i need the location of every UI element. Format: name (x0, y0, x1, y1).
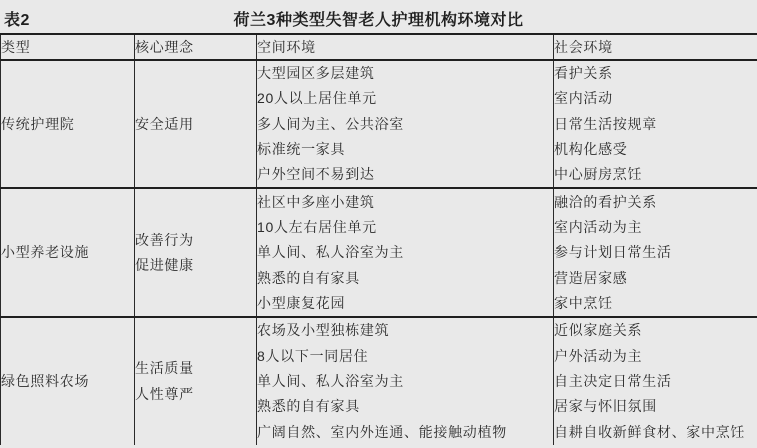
cell-line: 室内活动为主 (554, 215, 757, 240)
table-row: 绿色照料农场 生活质量 人性尊严 农场及小型独栋建筑 8人以下一同居住 单人间、… (1, 317, 757, 444)
cell-type: 绿色照料农场 (1, 317, 135, 444)
cell-line: 社区中多座小建筑 (257, 190, 553, 215)
column-header-type: 类型 (1, 34, 135, 60)
column-header-concept: 核心理念 (135, 34, 257, 60)
document-page: 表2 荷兰3种类型失智老人护理机构环境对比 类型 核心理念 空间环境 社会环境 … (0, 0, 757, 448)
cell-line: 农场及小型独栋建筑 (257, 318, 553, 343)
cell-line: 自主决定日常生活 (554, 369, 757, 394)
cell-spatial: 大型园区多层建筑 20人以上居住单元 多人间为主、公共浴室 标准统一家具 户外空… (257, 60, 554, 188)
cell-line: 居家与怀旧氛围 (554, 394, 757, 419)
cell-line: 融洽的看护关系 (554, 190, 757, 215)
cell-line: 日常生活按规章 (554, 112, 757, 137)
cell-line: 看护关系 (554, 61, 757, 86)
cell-line: 自耕自收新鲜食材、家中烹饪 (554, 420, 757, 445)
header-row: 类型 核心理念 空间环境 社会环境 (1, 34, 757, 60)
cell-line: 近似家庭关系 (554, 318, 757, 343)
cell-line: 室内活动 (554, 86, 757, 111)
cell-line: 家中烹饪 (554, 291, 757, 316)
cell-line: 安全适用 (135, 112, 256, 137)
cell-spatial: 社区中多座小建筑 10人左右居住单元 单人间、私人浴室为主 熟悉的自有家具 小型… (257, 188, 554, 317)
table-row: 传统护理院 安全适用 大型园区多层建筑 20人以上居住单元 多人间为主、公共浴室… (1, 60, 757, 188)
cell-line: 传统护理院 (1, 112, 134, 137)
cell-line: 绿色照料农场 (1, 369, 134, 394)
column-header-social: 社会环境 (554, 34, 757, 60)
cell-line: 机构化感受 (554, 137, 757, 162)
cell-spatial: 农场及小型独栋建筑 8人以下一同居住 单人间、私人浴室为主 熟悉的自有家具 广阔… (257, 317, 554, 444)
cell-concept: 安全适用 (135, 60, 257, 188)
cell-line: 小型康复花园 (257, 291, 553, 316)
cell-line: 大型园区多层建筑 (257, 61, 553, 86)
cell-line: 生活质量 (135, 356, 256, 381)
cell-line: 户外活动为主 (554, 344, 757, 369)
cell-line: 户外空间不易到达 (257, 162, 553, 187)
comparison-table: 类型 核心理念 空间环境 社会环境 传统护理院 安全适用 大型园区多层建筑 20… (0, 33, 757, 445)
cell-line: 多人间为主、公共浴室 (257, 112, 553, 137)
table-caption: 表2 荷兰3种类型失智老人护理机构环境对比 (0, 0, 757, 33)
cell-social: 融洽的看护关系 室内活动为主 参与计划日常生活 营造居家感 家中烹饪 (554, 188, 757, 317)
cell-concept: 生活质量 人性尊严 (135, 317, 257, 444)
cell-concept: 改善行为 促进健康 (135, 188, 257, 317)
cell-line: 熟悉的自有家具 (257, 266, 553, 291)
cell-line: 单人间、私人浴室为主 (257, 240, 553, 265)
cell-line: 改善行为 (135, 228, 256, 253)
cell-line: 营造居家感 (554, 266, 757, 291)
cell-line: 单人间、私人浴室为主 (257, 369, 553, 394)
cell-line: 熟悉的自有家具 (257, 394, 553, 419)
cell-line: 促进健康 (135, 253, 256, 278)
cell-line: 8人以下一同居住 (257, 344, 553, 369)
cell-line: 标准统一家具 (257, 137, 553, 162)
cell-line: 中心厨房烹饪 (554, 162, 757, 187)
cell-line: 广阔自然、室内外连通、能接触动植物 (257, 420, 553, 445)
cell-type: 小型养老设施 (1, 188, 135, 317)
table-title: 荷兰3种类型失智老人护理机构环境对比 (0, 7, 757, 30)
cell-line: 人性尊严 (135, 382, 256, 407)
cell-line: 参与计划日常生活 (554, 240, 757, 265)
cell-line: 20人以上居住单元 (257, 86, 553, 111)
cell-line: 10人左右居住单元 (257, 215, 553, 240)
cell-social: 近似家庭关系 户外活动为主 自主决定日常生活 居家与怀旧氛围 自耕自收新鲜食材、… (554, 317, 757, 444)
cell-line: 小型养老设施 (1, 240, 134, 265)
column-header-spatial: 空间环境 (257, 34, 554, 60)
cell-social: 看护关系 室内活动 日常生活按规章 机构化感受 中心厨房烹饪 (554, 60, 757, 188)
cell-type: 传统护理院 (1, 60, 135, 188)
table-row: 小型养老设施 改善行为 促进健康 社区中多座小建筑 10人左右居住单元 单人间、… (1, 188, 757, 317)
